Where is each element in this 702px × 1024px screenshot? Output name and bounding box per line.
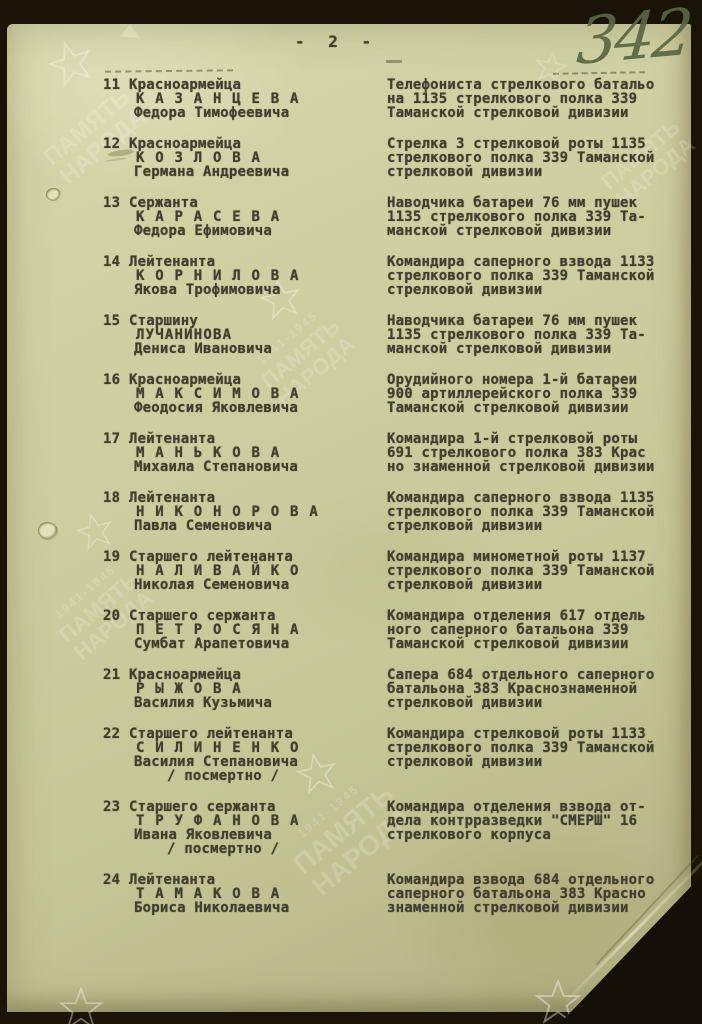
person-block: Сержанта К А Р А С Е В А Федора Ефимович… [129, 196, 381, 238]
entry-row: 18 Лейтенанта Н И К О Н О Р О В А Павла … [103, 491, 686, 533]
surname-text: К А Р А С Е В А [129, 210, 381, 224]
person-block: Старшего сержанта П Е Т Р О С Я Н А Сумб… [129, 609, 381, 651]
rank-text: Лейтенанта [129, 491, 381, 505]
entry-row: 19 Старшего лейтенанта Н А Л И В А Й К О… [103, 550, 686, 592]
name-text: Якова Трофимовича [129, 283, 381, 297]
surname-text: Н А Л И В А Й К О [129, 564, 381, 578]
entry-number: 15 [103, 314, 129, 356]
rank-text: Красноармейца [129, 78, 381, 92]
entry-row: 13 Сержанта К А Р А С Е В А Федора Ефимо… [103, 196, 686, 238]
person-block: Старшего сержанта Т Р У Ф А Н О В А Иван… [129, 800, 381, 856]
surname-text: Т А М А К О В А [129, 887, 381, 901]
entry-row: 14 Лейтенанта К О Р Н И Л О В А Якова Тр… [103, 255, 686, 297]
award-entry-list: 11 Красноармейца К А З А Н Ц Е В А Федор… [103, 78, 686, 915]
person-block: Лейтенанта Н И К О Н О Р О В А Павла Сем… [129, 491, 381, 533]
entry-number: 13 [103, 196, 129, 238]
rank-text: Старшего лейтенанта [129, 727, 381, 741]
surname-text: ЛУЧАНИНОВА [129, 328, 381, 342]
position-text: Командира отделения взвода от- дела конт… [381, 800, 686, 856]
entry-number: 16 [103, 373, 129, 415]
person-block: Лейтенанта Т А М А К О В А Бориса Никола… [129, 873, 381, 915]
surname-text: Н И К О Н О Р О В А [129, 505, 381, 519]
entry-row: 24 Лейтенанта Т А М А К О В А Бориса Ник… [103, 873, 686, 915]
name-text: Василия Кузьмича [129, 696, 381, 710]
position-text: Командира саперного взвода 1133 стрелков… [381, 255, 686, 297]
name-text: Павла Семеновича [129, 519, 381, 533]
entry-number: 22 [103, 727, 129, 783]
position-text: Командира взвода 684 отдельного саперног… [381, 873, 686, 915]
surname-text: К О З Л О В А [129, 151, 381, 165]
entry-number: 12 [103, 137, 129, 179]
entry-row: 12 Красноармейца К О З Л О В А Германа А… [103, 137, 686, 179]
entry-number: 11 [103, 78, 129, 120]
name-text: Федора Ефимовича [129, 224, 381, 238]
position-text: Наводчика батареи 76 мм пушек 1135 стрел… [381, 314, 686, 356]
entry-row: 22 Старшего лейтенанта С И Л И Н Е Н К О… [103, 727, 686, 783]
surname-text: Р Ы Ж О В А [129, 682, 381, 696]
surname-text: М А К С И М О В А [129, 387, 381, 401]
entry-row: 21 Красноармейца Р Ы Ж О В А Василия Куз… [103, 668, 686, 710]
name-text: Федора Тимофеевича [129, 106, 381, 120]
position-text: Командира саперного взвода 1135 стрелков… [381, 491, 686, 533]
rank-text: Лейтенанта [129, 432, 381, 446]
person-block: Красноармейца М А К С И М О В А Феодосия… [129, 373, 381, 415]
name-text: Дениса Ивановича [129, 342, 381, 356]
person-block: Старшего лейтенанта С И Л И Н Е Н К О Ва… [129, 727, 381, 783]
position-text: Наводчика батареи 76 мм пушек 1135 стрел… [381, 196, 686, 238]
rank-text: Старшего сержанта [129, 609, 381, 623]
handwritten-page-number: 342 [574, 0, 702, 80]
name-text: Сумбат Арапетовича [129, 637, 381, 651]
rank-text: Красноармейца [129, 137, 381, 151]
rank-text: Красноармейца [129, 373, 381, 387]
posthumous-note: / посмертно / [129, 769, 381, 783]
entry-number: 24 [103, 873, 129, 915]
rank-text: Красноармейца [129, 668, 381, 682]
name-text: Михаила Степановича [129, 460, 381, 474]
entry-row: 23 Старшего сержанта Т Р У Ф А Н О В А И… [103, 800, 686, 856]
position-text: Командира 1-й стрелковой роты 691 стрелк… [381, 432, 686, 474]
position-text: Стрелка 3 стрелковой роты 1135 стрелково… [381, 137, 686, 179]
name-text: Бориса Николаевича [129, 901, 381, 915]
entry-number: 23 [103, 800, 129, 856]
position-text: Орудийного номера 1-й батареи 900 артилл… [381, 373, 686, 415]
entry-row: 11 Красноармейца К А З А Н Ц Е В А Федор… [103, 78, 686, 120]
person-block: Красноармейца К А З А Н Ц Е В А Федора Т… [129, 78, 381, 120]
bleedthrough-dash [386, 60, 402, 63]
person-block: Старшину ЛУЧАНИНОВА Дениса Ивановича [129, 314, 381, 356]
page-number-label: - 2 - [295, 32, 378, 51]
person-block: Красноармейца Р Ы Ж О В А Василия Кузьми… [129, 668, 381, 710]
rank-text: Старшину [129, 314, 381, 328]
surname-text: С И Л И Н Е Н К О [129, 741, 381, 755]
surname-text: Т Р У Ф А Н О В А [129, 814, 381, 828]
entry-row: 17 Лейтенанта М А Н Ь К О В А Михаила Ст… [103, 432, 686, 474]
position-text: Командира отделения 617 отдель ного сапе… [381, 609, 686, 651]
posthumous-note: / посмертно / [129, 842, 381, 856]
surname-text: П Е Т Р О С Я Н А [129, 623, 381, 637]
entry-number: 21 [103, 668, 129, 710]
entry-number: 20 [103, 609, 129, 651]
rank-text: Сержанта [129, 196, 381, 210]
surname-text: К О Р Н И Л О В А [129, 269, 381, 283]
position-text: Сапера 684 отдельного саперного батальон… [381, 668, 686, 710]
paper-tear [46, 188, 61, 201]
entry-row: 20 Старшего сержанта П Е Т Р О С Я Н А С… [103, 609, 686, 651]
person-block: Красноармейца К О З Л О В А Германа Андр… [129, 137, 381, 179]
position-text: Командира минометной роты 1137 стрелково… [381, 550, 686, 592]
position-text: Командира стрелковой роты 1133 стрелково… [381, 727, 686, 783]
entry-row: 15 Старшину ЛУЧАНИНОВА Дениса Ивановича … [103, 314, 686, 356]
name-text: Николая Семеновича [129, 578, 381, 592]
rank-text: Старшего лейтенанта [129, 550, 381, 564]
person-block: Старшего лейтенанта Н А Л И В А Й К О Ни… [129, 550, 381, 592]
name-text: Феодосия Яковлевича [129, 401, 381, 415]
rank-text: Старшего сержанта [129, 800, 381, 814]
rank-text: Лейтенанта [129, 255, 381, 269]
surname-text: К А З А Н Ц Е В А [129, 92, 381, 106]
name-text: Германа Андреевича [129, 165, 381, 179]
surname-text: М А Н Ь К О В А [129, 446, 381, 460]
position-text: Телефониста стрелкового батальо на 1135 … [381, 78, 686, 120]
name-text: Ивана Яковлевича [129, 828, 381, 842]
rank-text: Лейтенанта [129, 873, 381, 887]
entry-number: 14 [103, 255, 129, 297]
person-block: Лейтенанта К О Р Н И Л О В А Якова Трофи… [129, 255, 381, 297]
name-text: Василия Степановича [129, 755, 381, 769]
entry-number: 19 [103, 550, 129, 592]
entry-row: 16 Красноармейца М А К С И М О В А Феодо… [103, 373, 686, 415]
entry-number: 18 [103, 491, 129, 533]
person-block: Лейтенанта М А Н Ь К О В А Михаила Степа… [129, 432, 381, 474]
entry-number: 17 [103, 432, 129, 474]
